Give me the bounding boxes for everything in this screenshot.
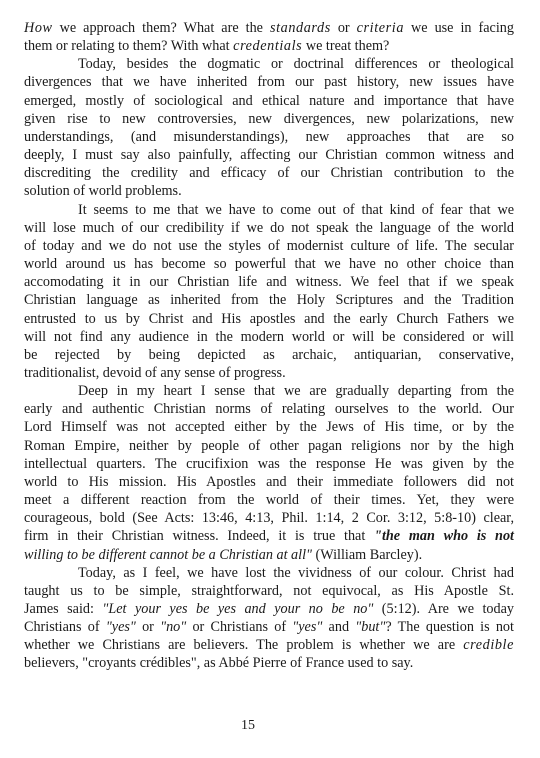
page-number: 15 [0, 718, 540, 734]
text-line: be rejected by being depicted as archaic… [24, 346, 514, 364]
text-line: world around us has become so powerful t… [24, 255, 514, 273]
text-line: willing to be different cannot be a Chri… [24, 546, 514, 564]
text-line: of today and we do not use the styles of… [24, 237, 514, 255]
text-line: understandings, (and misunderstandings),… [24, 128, 514, 146]
paragraph: Today, besides the dogmatic or doctrinal… [24, 55, 514, 200]
text-line: Today, as I feel, we have lost the vivid… [24, 564, 514, 582]
text-line: Roman Empire, neither by people of other… [24, 437, 514, 455]
text-line: Today, besides the dogmatic or doctrinal… [24, 55, 514, 73]
text-line: divergences that we have inherited from … [24, 73, 514, 91]
text-line: will lose much of our credibility if we … [24, 219, 514, 237]
text-line: Lord Himself was not accepted either by … [24, 418, 514, 436]
text-line: world to His mission. His Apostles and t… [24, 473, 514, 491]
text-line: Christians of "yes" or "no" or Christian… [24, 618, 514, 636]
document-page: How we approach them? What are the stand… [24, 19, 514, 673]
text-line: given rise to new controversies, new div… [24, 110, 514, 128]
text-line: deeply, I must say also painfully, affec… [24, 146, 514, 164]
text-line: It seems to me that we have to come out … [24, 201, 514, 219]
text-line: entrusted to us by Christ and His apostl… [24, 310, 514, 328]
text-line: believers, "croyants crédibles", as Abbé… [24, 654, 514, 672]
paragraph: How we approach them? What are the stand… [24, 19, 514, 55]
text-line: early and authentic Christian norms of r… [24, 400, 514, 418]
text-line: Christian language as inherited from the… [24, 291, 514, 309]
page-number-text: 15 [241, 718, 255, 733]
text-line: How we approach them? What are the stand… [24, 19, 514, 37]
paragraph: It seems to me that we have to come out … [24, 201, 514, 383]
text-line: will not find any audience in the modern… [24, 328, 514, 346]
text-line: solution of world problems. [24, 182, 514, 200]
text-line: whether we Christians are believers. The… [24, 636, 514, 654]
text-line: intellectual quarters. The crucifixion w… [24, 455, 514, 473]
text-line: taught us to be simple, straightforward,… [24, 582, 514, 600]
paragraph: Today, as I feel, we have lost the vivid… [24, 564, 514, 673]
text-line: James said: "Let your yes be yes and you… [24, 600, 514, 618]
text-line: Deep in my heart I sense that we are gra… [24, 382, 514, 400]
text-line: firm in their Christian witness. Indeed,… [24, 527, 514, 545]
text-line: traditionalist, devoid of any sense of p… [24, 364, 514, 382]
text-line: accomodating it in our Christian life an… [24, 273, 514, 291]
text-line: them or relating to them? With what cred… [24, 37, 514, 55]
text-line: emerged, mostly of sociological and ethi… [24, 92, 514, 110]
text-line: discrediting the credility and efficacy … [24, 164, 514, 182]
paragraph: Deep in my heart I sense that we are gra… [24, 382, 514, 564]
text-line: courageous, bold (See Acts: 13:46, 4:13,… [24, 509, 514, 527]
text-line: meet a different reaction from the world… [24, 491, 514, 509]
